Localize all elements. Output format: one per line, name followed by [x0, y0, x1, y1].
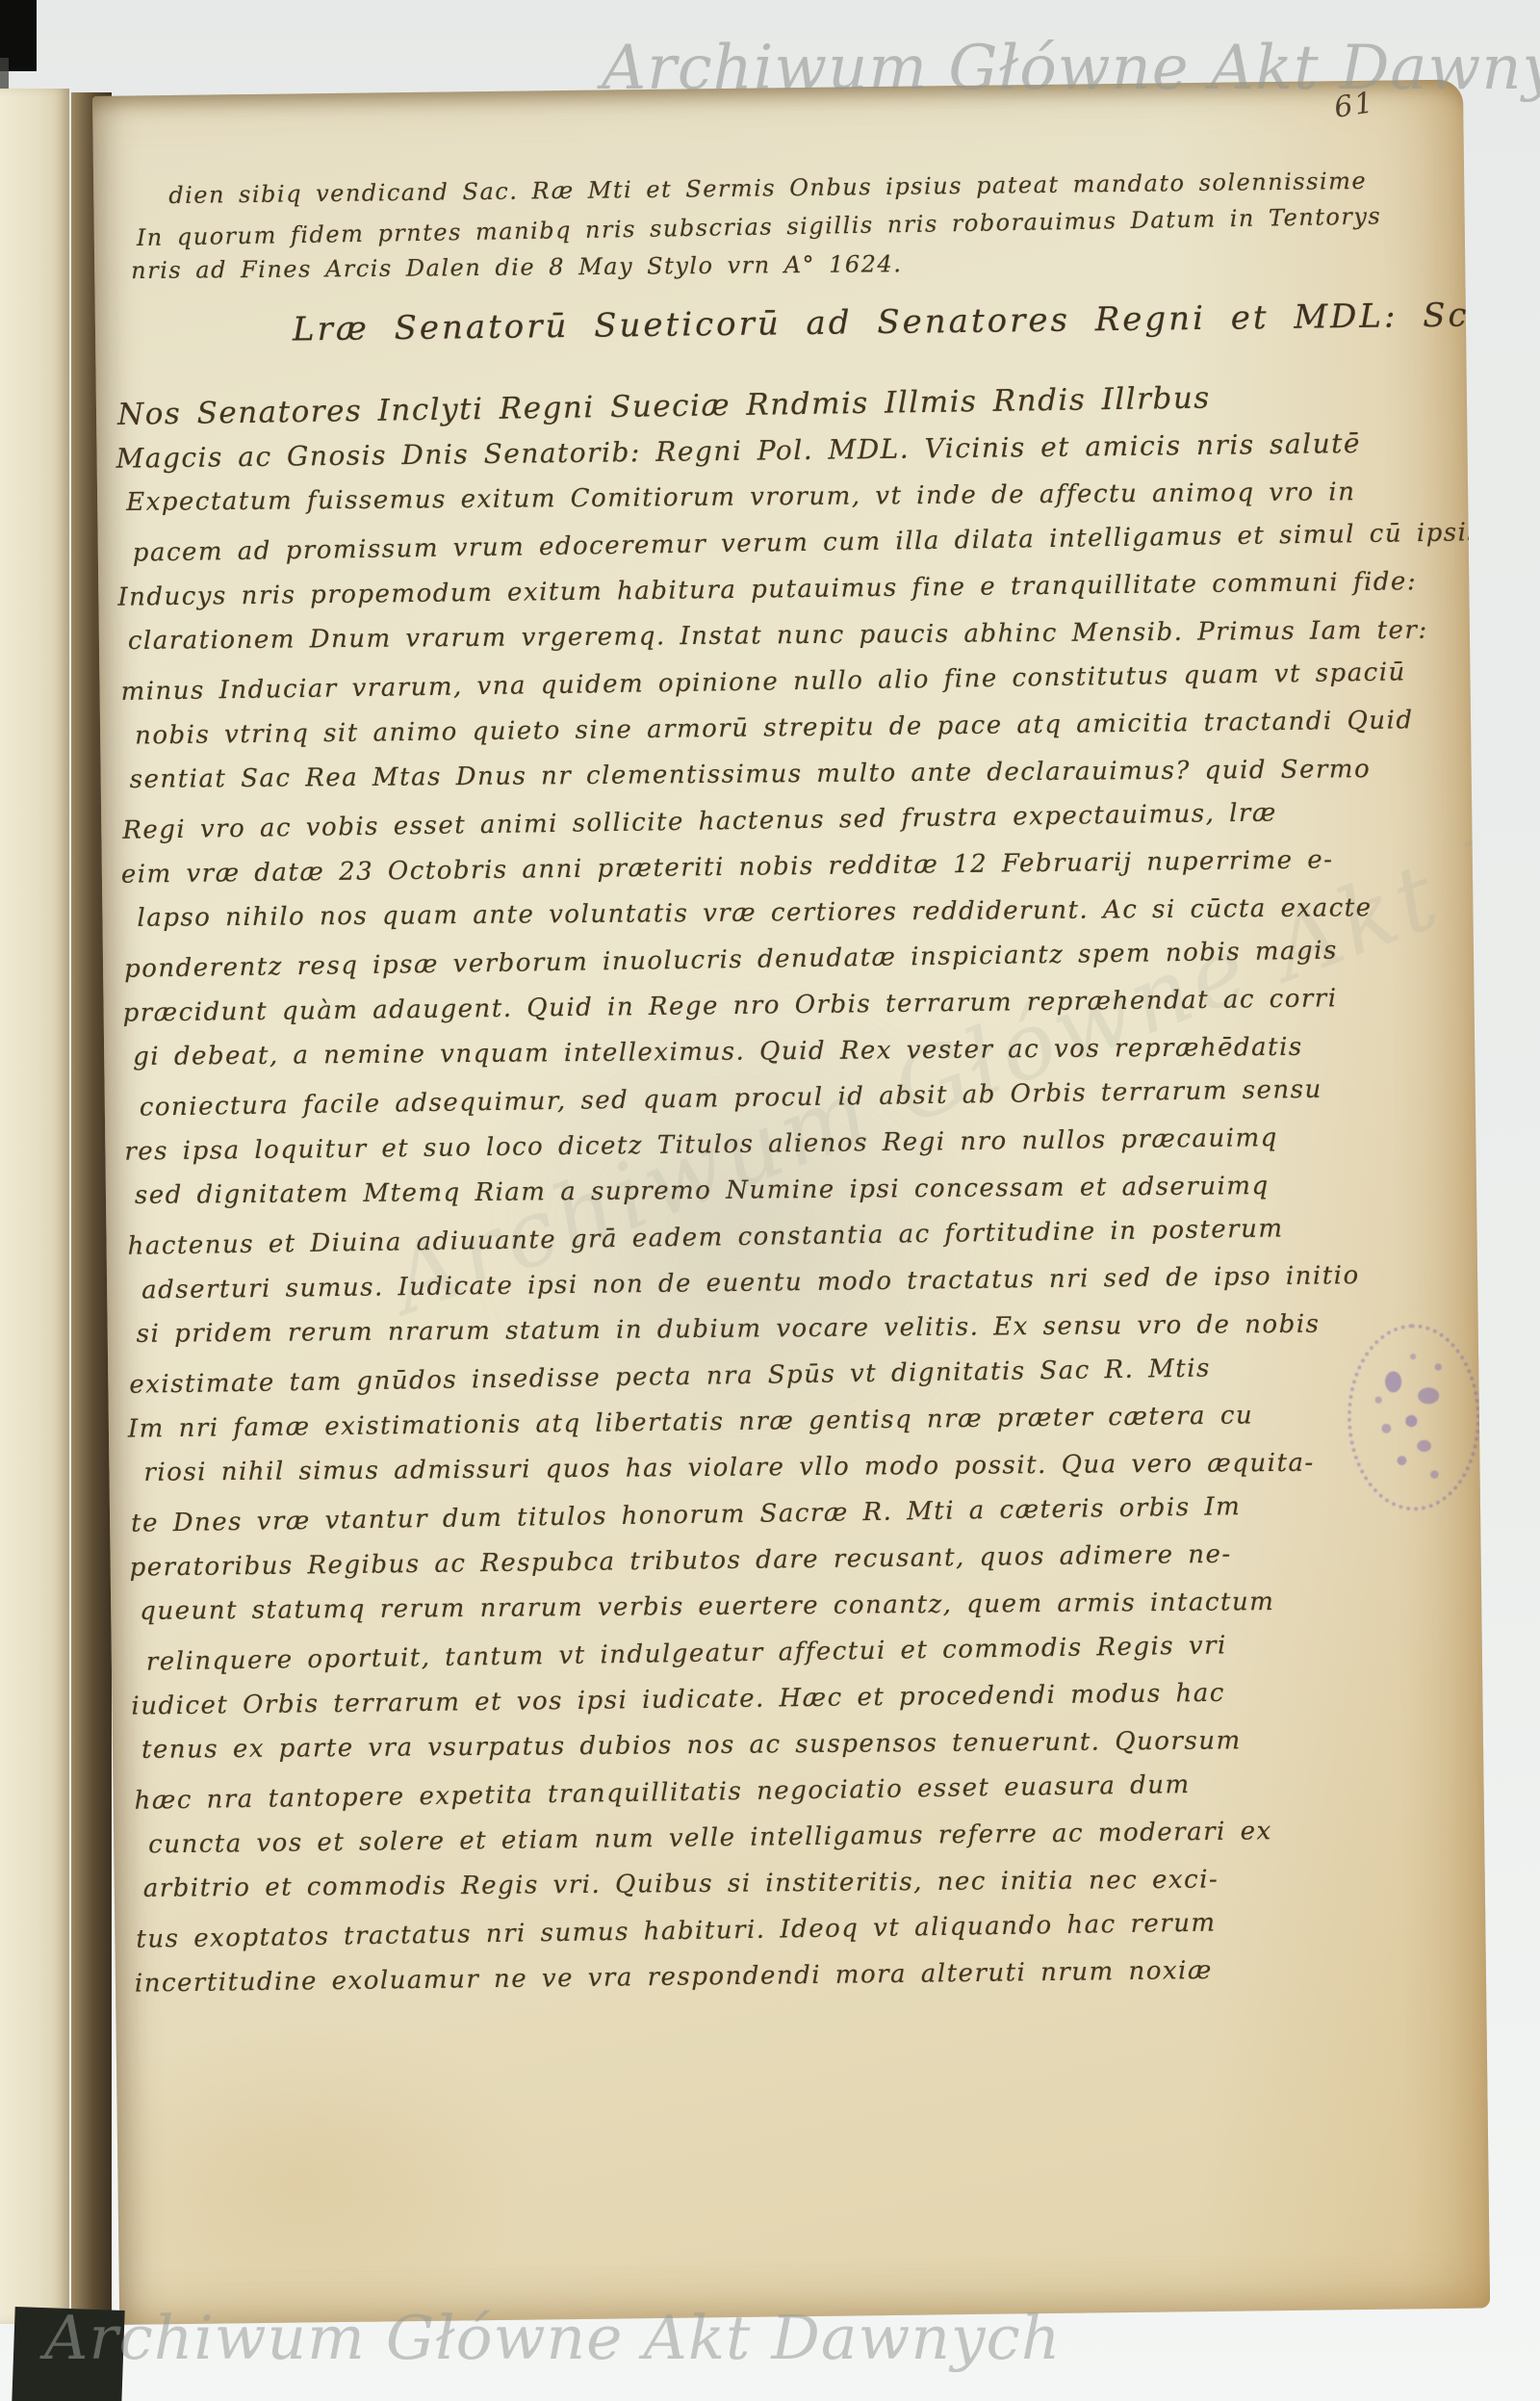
page-stack-edge: [0, 89, 69, 2324]
book-cover-corner: [12, 2307, 124, 2401]
closing-block: dien sibiq vendicand Sac. Ræ Mti et Serm…: [136, 161, 1446, 293]
paper-aging-bottom: [92, 2016, 544, 2324]
manuscript-scan: Archiwum Główne Akt Dawnych 61 dien sibi…: [0, 0, 1540, 2401]
letter-body: Nos Senatores Inclyti Regni Sueciæ Rndmi…: [115, 374, 1467, 2007]
archive-ink-stamp: [1347, 1323, 1481, 1511]
manuscript-page: Archiwum Główne Akt Dawnych 61 dien sibi…: [92, 80, 1490, 2325]
folio-number: 61: [1332, 86, 1377, 125]
